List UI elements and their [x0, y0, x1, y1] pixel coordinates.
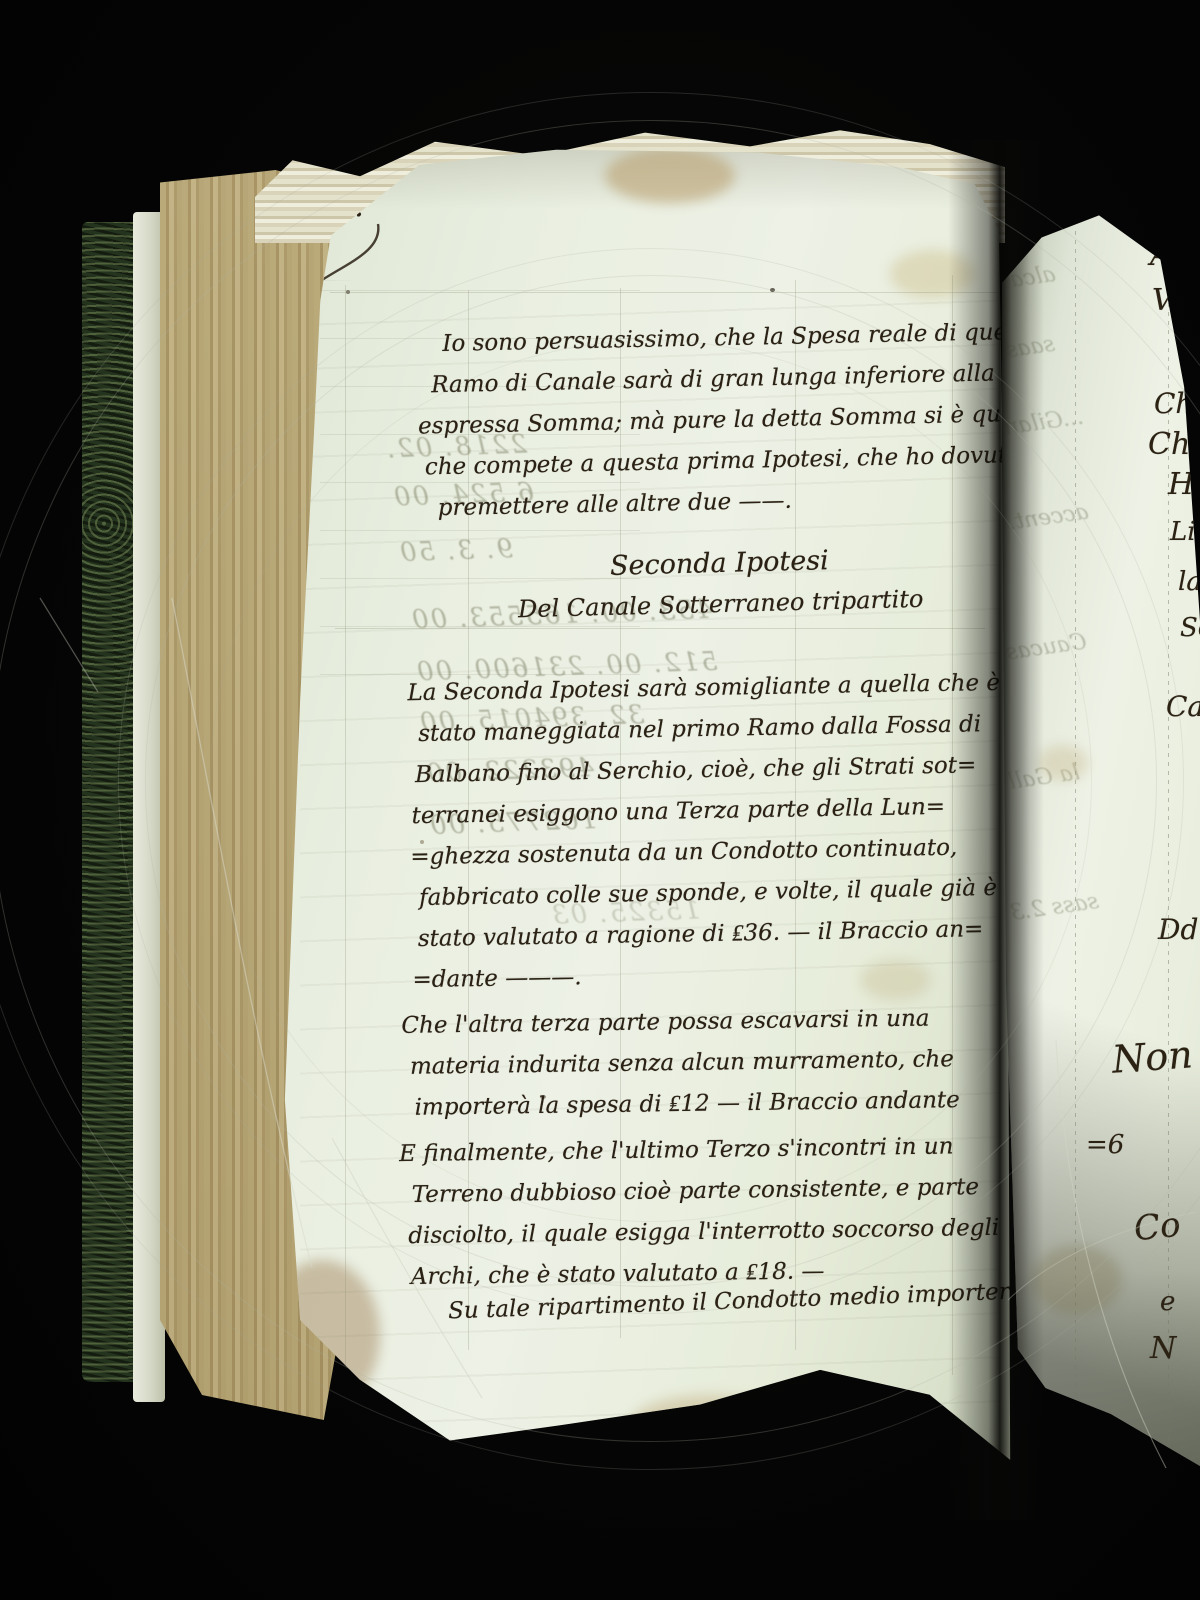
bleedthrough-number: 9. 3. 50	[398, 534, 514, 568]
paragraph-3: Che l'altra terza parte possa escavarsi …	[401, 998, 960, 1129]
bleedthrough-column-line	[345, 285, 346, 1365]
handwriting-fragment: Che	[1148, 427, 1200, 462]
handwriting-fragment: Non	[1111, 1032, 1194, 1082]
handwriting-fragment: H	[1168, 467, 1194, 502]
handwriting-fragment: Vo	[1152, 283, 1189, 318]
handwriting-fragment: la	[1178, 567, 1200, 597]
handwriting-fragment: Ca	[1166, 690, 1200, 723]
section-heading: Seconda Ipotesi	[610, 545, 829, 582]
photo-open-manuscript-book: 2218. 02. 6 524. 00 9. 3. 50 453. 00. 16…	[0, 0, 1200, 1600]
handwriting-fragment: Ch	[1154, 387, 1193, 420]
handwriting-fragment: e	[1160, 1287, 1175, 1317]
book-cover-spine	[82, 222, 140, 1382]
handwriting-fragment: Lin	[1170, 517, 1200, 547]
handwriting-fragment: Co	[1132, 1205, 1182, 1250]
paragraph-2: La Seconda Ipotesi sarà somigliante a qu…	[407, 663, 1005, 1001]
handwriting-fragment: Ao	[1150, 235, 1192, 273]
handwriting-fragment: Se	[1180, 613, 1200, 643]
paragraph-1: Io sono persuasissimo, che la Spesa real…	[416, 311, 1046, 529]
bleedthrough-row-line	[330, 292, 1000, 293]
paper-stain	[605, 148, 735, 203]
handwriting-fragment: =6	[1086, 1130, 1124, 1160]
handwriting-fragment: N	[1150, 1331, 1176, 1366]
manuscript-right-page-edge: alca saas ...Gilan accent. Caucas la Gal…	[1002, 205, 1200, 1505]
paragraph-4: E finalmente, che l'ultimo Terzo s'incon…	[399, 1126, 1000, 1298]
manuscript-left-page: 2218. 02. 6 524. 00 9. 3. 50 453. 00. 16…	[210, 140, 1015, 1525]
handwriting-fragment: Dd	[1158, 913, 1198, 946]
